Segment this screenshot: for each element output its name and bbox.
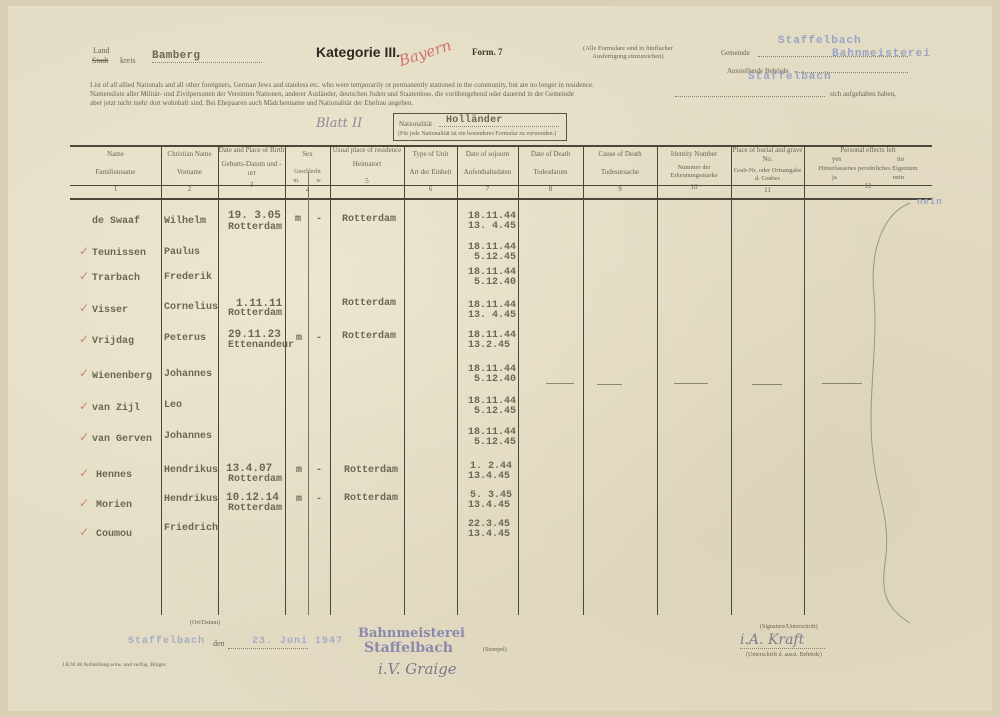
col-header-6-de: Art der Einheit bbox=[404, 168, 457, 177]
row-7-checkmark-icon: ✓ bbox=[79, 399, 89, 413]
col-header-6-num: 6 bbox=[404, 185, 457, 194]
row-3-given: Frederik bbox=[164, 272, 212, 283]
col-header-4-female: w. bbox=[316, 177, 321, 186]
signature-line bbox=[740, 648, 825, 649]
col-header-3: Date and Place of Birth Geburts-Datum un… bbox=[218, 146, 285, 190]
row-8-given: Johannes bbox=[164, 431, 212, 442]
col-header-12-yes: yes bbox=[832, 155, 841, 164]
row-7-sojourn-to: 5.12.45 bbox=[474, 406, 516, 417]
col-divider-9 bbox=[657, 145, 658, 615]
col-header-4-num: 4 bbox=[285, 186, 330, 195]
col-divider-4-sub bbox=[308, 172, 309, 615]
kreis-value: Bamberg bbox=[152, 50, 262, 63]
col-header-7-num: 7 bbox=[457, 185, 518, 194]
col-header-10-de: Nummer der Erkennungsmarke bbox=[657, 164, 731, 180]
official-stamp-line1: Bahnmeisterei bbox=[358, 626, 465, 641]
dash-mark-col10 bbox=[674, 383, 708, 384]
table-number-rule bbox=[70, 198, 932, 200]
col-header-8-num: 8 bbox=[518, 185, 583, 194]
col-header-1-de: Familienname bbox=[70, 168, 161, 177]
row-6-surname: Wienenberg bbox=[92, 371, 152, 382]
row-2-given: Paulus bbox=[164, 247, 200, 258]
col-header-5-en: Usual place of residence bbox=[330, 146, 404, 155]
intro-gemeinde-line bbox=[675, 96, 825, 97]
col-header-4-male: m. bbox=[293, 177, 299, 186]
row-10-checkmark-icon: ✓ bbox=[79, 496, 89, 510]
dash-mark-col11 bbox=[752, 384, 782, 385]
col-header-5: Usual place of residence Heimatort 5 bbox=[330, 146, 404, 186]
col-header-12-no: no bbox=[897, 155, 904, 164]
row-9-checkmark-icon: ✓ bbox=[79, 466, 89, 480]
row-2-sojourn-to: 5.12.45 bbox=[474, 252, 516, 263]
row-8-checkmark-icon: ✓ bbox=[79, 430, 89, 444]
row-10-birth-place: Rotterdam bbox=[228, 503, 282, 514]
col-divider-6 bbox=[457, 145, 458, 615]
col-header-12-de: Hinterlassenes persönliches Eigentum bbox=[804, 164, 932, 173]
col-header-2-en: Christian Name bbox=[161, 150, 218, 159]
col-divider-5 bbox=[404, 145, 405, 615]
row-4-checkmark-icon: ✓ bbox=[79, 301, 89, 315]
col12-nein-stamp: nein bbox=[917, 197, 943, 207]
col-header-9: Cause of Death Todesursache 9 bbox=[583, 150, 657, 194]
row-4-birth-place: Rotterdam bbox=[228, 308, 282, 319]
official-stamp: Bahnmeisterei Staffelbach bbox=[358, 626, 465, 656]
col-header-5-num: 5 bbox=[330, 177, 404, 186]
row-2-checkmark-icon: ✓ bbox=[79, 244, 89, 258]
den-label: den bbox=[213, 639, 225, 649]
col-header-11-num: 11 bbox=[731, 186, 804, 195]
official-stamp-line2: Staffelbach bbox=[364, 641, 465, 656]
col-header-1: Name Familienname 1 bbox=[70, 150, 161, 194]
pencil-strike-curve bbox=[860, 195, 920, 625]
row-10-residence: Rotterdam bbox=[344, 493, 398, 504]
col-header-11-de: Grab-Nr. oder Ortsangabe d. Grabes bbox=[731, 167, 804, 183]
col-header-8-en: Date of Death bbox=[518, 150, 583, 159]
row-11-surname: Coumou bbox=[96, 529, 132, 540]
col-header-3-de: Geburts-Datum und -ort bbox=[218, 160, 285, 178]
row-10-sojourn-to: 13.4.45 bbox=[468, 500, 510, 511]
col-header-12-num: 12 bbox=[804, 182, 932, 191]
col-divider-7 bbox=[518, 145, 519, 615]
row-4-given: Cornelius bbox=[164, 302, 218, 313]
col-header-2-num: 2 bbox=[161, 185, 218, 194]
row-3-checkmark-icon: ✓ bbox=[79, 269, 89, 283]
col-header-10-num: 10 bbox=[657, 183, 731, 192]
row-8-sojourn-to: 5.12.45 bbox=[474, 437, 516, 448]
col-divider-2 bbox=[218, 145, 219, 615]
col-header-6: Type of Unit Art der Einheit 6 bbox=[404, 150, 457, 194]
col-header-12-en: Personal effects left bbox=[804, 146, 932, 155]
col-divider-1 bbox=[161, 145, 162, 615]
signature-value: i.A. Kraft bbox=[740, 632, 804, 648]
col-header-12-ja: ja bbox=[832, 173, 837, 182]
col-header-1-en: Name bbox=[70, 150, 161, 159]
row-11-sojourn-to: 13.4.45 bbox=[468, 529, 510, 540]
issuing-authority-stamp: Staffelbach bbox=[748, 71, 832, 83]
category-title: Kategorie III. bbox=[316, 44, 400, 60]
row-7-surname: van Zijl bbox=[92, 403, 140, 414]
col-header-3-num: 3 bbox=[218, 181, 285, 190]
col-header-11-en: Place of burial and grave No. bbox=[731, 146, 804, 164]
row-2-surname: Teunissen bbox=[92, 248, 146, 259]
row-9-birth-place: Rotterdam bbox=[228, 474, 282, 485]
place-value-stamp: Staffelbach bbox=[128, 636, 205, 647]
col-divider-11 bbox=[804, 145, 805, 615]
row-5-sojourn-to: 13.2.45 bbox=[468, 340, 510, 351]
nationality-value: Holländer bbox=[446, 115, 503, 126]
col-header-8: Date of Death Todesdatum 8 bbox=[518, 150, 583, 194]
col-header-7: Date of sojourn Aufenthaltsdaten 7 bbox=[457, 150, 518, 194]
row-9-given: Hendrikus bbox=[164, 465, 218, 476]
col-header-12: Personal effects left yes no Hinterlasse… bbox=[804, 146, 932, 191]
land-label: Land bbox=[93, 46, 109, 56]
col-header-2-de: Vorname bbox=[161, 168, 218, 177]
nationality-box: Nationalität Holländer (Für jede Nationa… bbox=[393, 113, 567, 141]
row-4-residence: Rotterdam bbox=[342, 298, 396, 309]
col-header-10: Identity Number Nummer der Erkennungsmar… bbox=[657, 150, 731, 192]
row-9-sex-m: m bbox=[296, 465, 302, 476]
col-header-8-de: Todesdatum bbox=[518, 168, 583, 177]
dash-mark-col9 bbox=[597, 384, 622, 385]
signature-caption: (Signature/Unterschrift) bbox=[760, 622, 818, 632]
col-divider-10 bbox=[731, 145, 732, 615]
row-1-given: Wilhelm bbox=[164, 216, 206, 227]
row-5-given: Peterus bbox=[164, 333, 206, 344]
col-header-9-en: Cause of Death bbox=[583, 150, 657, 159]
blatt-annotation: Blatt II bbox=[316, 116, 362, 131]
row-5-sex-w: - bbox=[316, 333, 322, 344]
nationality-note: (Für jede Nationalität ist ein besondere… bbox=[398, 129, 556, 139]
nationality-label: Nationalität bbox=[399, 119, 432, 129]
row-11-checkmark-icon: ✓ bbox=[79, 525, 89, 539]
col-divider-8 bbox=[583, 145, 584, 615]
row-11-given: Friedrich bbox=[164, 523, 218, 534]
kreis-label: kreis bbox=[120, 56, 136, 66]
col-header-11: Place of burial and grave No. Grab-Nr. o… bbox=[731, 146, 804, 195]
signature-sub-caption: (Unterschrift d. ausst. Behörde) bbox=[746, 650, 822, 660]
row-3-surname: Trarbach bbox=[92, 273, 140, 284]
printer-note: J.B.W.48 Aufstellung entw. und verfüg. B… bbox=[62, 660, 167, 670]
col-header-12-nein: nein bbox=[893, 173, 904, 182]
stamp-caption: (Stempel) bbox=[483, 645, 507, 655]
row-8-surname: van Gerven bbox=[92, 434, 152, 445]
table-bottom bbox=[70, 613, 932, 614]
dash-mark-col12 bbox=[822, 383, 862, 384]
col-header-2: Christian Name Vorname 2 bbox=[161, 150, 218, 194]
row-9-sex-w: - bbox=[316, 465, 322, 476]
row-1-surname: de Swaaf bbox=[92, 216, 140, 227]
stamp-signature: i.V. Graige bbox=[378, 660, 457, 678]
row-4-surname: Visser bbox=[92, 305, 128, 316]
form-note-line2: Ausfertigung einzureichen) bbox=[583, 53, 673, 61]
row-5-surname: Vrijdag bbox=[92, 336, 134, 347]
col-header-4: Sex Geschlecht m. w. 4 bbox=[285, 150, 330, 195]
row-1-residence: Rotterdam bbox=[342, 214, 396, 225]
row-1-birth-date: 19. 3.05 bbox=[228, 211, 281, 222]
gemeinde-label: Gemeinde bbox=[721, 48, 750, 58]
nationality-line bbox=[439, 126, 559, 127]
row-5-sex-m: m bbox=[296, 333, 302, 344]
col-divider-3 bbox=[285, 145, 286, 615]
row-5-birth-place: Ettenandeur bbox=[228, 340, 294, 351]
row-1-sex-w: - bbox=[316, 214, 322, 225]
col-header-4-de: Geschlecht bbox=[285, 168, 330, 177]
col-header-3-en: Date and Place of Birth bbox=[218, 146, 285, 155]
form-note: (Alle Formulare sind in fünffacher Ausfe… bbox=[583, 45, 673, 61]
row-1-sojourn-to: 13. 4.45 bbox=[468, 221, 516, 232]
row-3-sojourn-to: 5.12.40 bbox=[474, 277, 516, 288]
date-line bbox=[228, 648, 308, 649]
form-number: Form. 7 bbox=[472, 47, 503, 57]
row-5-residence: Rotterdam bbox=[342, 331, 396, 342]
row-6-given: Johannes bbox=[164, 369, 212, 380]
col-header-7-en: Date of sojourn bbox=[457, 150, 518, 159]
col-header-9-num: 9 bbox=[583, 185, 657, 194]
stadt-label: Stadt bbox=[92, 56, 108, 66]
col-header-10-en: Identity Number bbox=[657, 150, 731, 159]
col-header-1-num: 1 bbox=[70, 185, 161, 194]
row-1-sex-m: m bbox=[295, 214, 301, 225]
row-10-sex-w: - bbox=[316, 494, 322, 505]
row-10-sex-m: m bbox=[296, 494, 302, 505]
col-divider-4 bbox=[330, 145, 331, 615]
document-page bbox=[8, 6, 992, 711]
col-header-7-de: Aufenthaltsdaten bbox=[457, 168, 518, 177]
intro-german-end: sich aufgehalten haben, bbox=[830, 89, 896, 99]
row-5-checkmark-icon: ✓ bbox=[79, 332, 89, 346]
dash-mark-col8 bbox=[546, 383, 574, 384]
row-7-given: Leo bbox=[164, 400, 182, 411]
intro-german-line3: aber jetzt nicht mehr dort wohnhaft sind… bbox=[90, 98, 510, 108]
row-6-sojourn-to: 5.12.40 bbox=[474, 374, 516, 385]
row-1-birth-place: Rotterdam bbox=[228, 222, 282, 233]
row-9-residence: Rotterdam bbox=[344, 465, 398, 476]
gemeinde-stamp-place: Staffelbach bbox=[778, 35, 862, 47]
row-4-sojourn-to: 13. 4.45 bbox=[468, 310, 516, 321]
date-value-stamp: 23. Juni 1947 bbox=[252, 636, 343, 647]
row-10-surname: Morien bbox=[96, 500, 132, 511]
row-10-given: Hendrikus bbox=[164, 494, 218, 505]
col-header-5-de: Heimatort bbox=[330, 160, 404, 169]
place-date-caption: (Ort/Datum) bbox=[190, 618, 220, 628]
form-note-line1: (Alle Formulare sind in fünffacher bbox=[583, 45, 673, 53]
gemeinde-stamp-office: Bahnmeisterei bbox=[832, 48, 931, 60]
col-header-4-en: Sex bbox=[285, 150, 330, 159]
row-9-sojourn-to: 13.4.45 bbox=[468, 471, 510, 482]
col-header-6-en: Type of Unit bbox=[404, 150, 457, 159]
row-6-checkmark-icon: ✓ bbox=[79, 366, 89, 380]
col-header-9-de: Todesursache bbox=[583, 168, 657, 177]
row-9-surname: Hennes bbox=[96, 470, 132, 481]
